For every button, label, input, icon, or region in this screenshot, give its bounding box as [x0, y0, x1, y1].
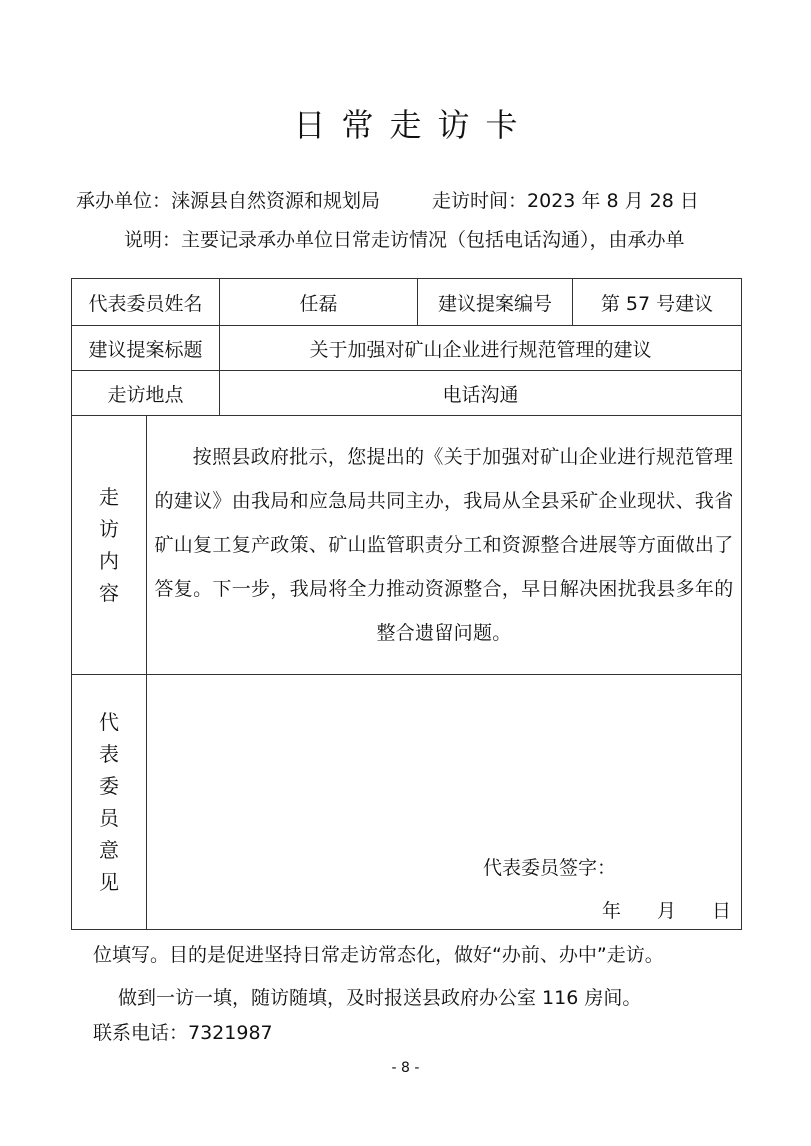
visit-location-value: 电话沟通 — [220, 371, 742, 416]
proposal-number-value: 第 57 号建议 — [573, 279, 742, 326]
rep-opinion-field[interactable]: 代表委员签字： 年月日 — [147, 675, 742, 930]
row-rep-name: 代表委员姓名 任磊 建议提案编号 第 57 号建议 — [72, 279, 742, 326]
visit-content-cell: 按照县政府批示，您提出的《关于加强对矿山企业进行规范管理的建议》由我局和应急局共… — [147, 416, 742, 675]
rep-opinion-label-char: 见 — [99, 866, 119, 898]
row-rep-opinion: 代 表 委 员 意 见 代表委员签字： 年月日 — [72, 675, 742, 930]
contact-phone: 联系电话：7321987 — [93, 1018, 273, 1045]
signature-date-year: 年 — [602, 896, 621, 923]
instruction-note-line2: 位填写。目的是促进坚持日常走访常态化，做好“办前、办中”走访。 — [93, 940, 664, 967]
visit-card-table: 代表委员姓名 任磊 建议提案编号 第 57 号建议 建议提案标题 关于加强对矿山… — [71, 278, 742, 930]
rep-opinion-label-char: 意 — [99, 834, 119, 866]
signature-date: 年月日 — [602, 896, 731, 923]
host-unit-value: 涞源县自然资源和规划局 — [171, 190, 380, 212]
visit-location-label: 走访地点 — [72, 371, 220, 416]
row-proposal-title: 建议提案标题 关于加强对矿山企业进行规范管理的建议 — [72, 326, 742, 371]
visit-content-text: 按照县政府批示，您提出的《关于加强对矿山企业进行规范管理的建议》由我局和应急局共… — [147, 435, 741, 655]
proposal-title-value: 关于加强对矿山企业进行规范管理的建议 — [220, 326, 742, 371]
rep-name-value: 任磊 — [220, 279, 418, 326]
host-unit-label: 承办单位： — [76, 190, 171, 212]
proposal-title-label: 建议提案标题 — [72, 326, 220, 371]
visit-time: 走访时间：2023 年 8 月 28 日 — [432, 186, 699, 213]
instruction-note-line1: 说明：主要记录承办单位日常走访情况（包括电话沟通），由承办单 — [124, 225, 685, 252]
rep-opinion-label: 代 表 委 员 意 见 — [72, 675, 147, 930]
signature-date-month: 月 — [657, 896, 676, 923]
visit-content-label-char: 容 — [99, 577, 119, 609]
proposal-number-label: 建议提案编号 — [418, 279, 573, 326]
visit-content-label: 走 访 内 容 — [72, 416, 147, 675]
rep-opinion-label-char: 委 — [99, 770, 119, 802]
instruction-note-line3: 做到一访一填，随访随填，及时报送县政府办公室 116 房间。 — [118, 983, 641, 1010]
rep-opinion-label-char: 代 — [99, 706, 119, 738]
signature-label: 代表委员签字： — [483, 853, 616, 880]
rep-name-label: 代表委员姓名 — [72, 279, 220, 326]
visit-content-label-char: 内 — [99, 545, 119, 577]
visit-content-label-char: 走 — [99, 481, 119, 513]
visit-content-label-char: 访 — [99, 513, 119, 545]
visit-time-label: 走访时间： — [432, 190, 527, 212]
signature-date-day: 日 — [712, 896, 731, 923]
rep-opinion-label-char: 员 — [99, 802, 119, 834]
document-title: 日常走访卡 — [0, 100, 811, 146]
host-unit: 承办单位：涞源县自然资源和规划局 — [76, 186, 380, 213]
row-visit-content: 走 访 内 容 按照县政府批示，您提出的《关于加强对矿山企业进行规范管理的建议》… — [72, 416, 742, 675]
page-number: - 8 - — [0, 1060, 811, 1076]
rep-opinion-label-char: 表 — [99, 738, 119, 770]
row-visit-location: 走访地点 电话沟通 — [72, 371, 742, 416]
visit-time-value: 2023 年 8 月 28 日 — [527, 190, 699, 212]
